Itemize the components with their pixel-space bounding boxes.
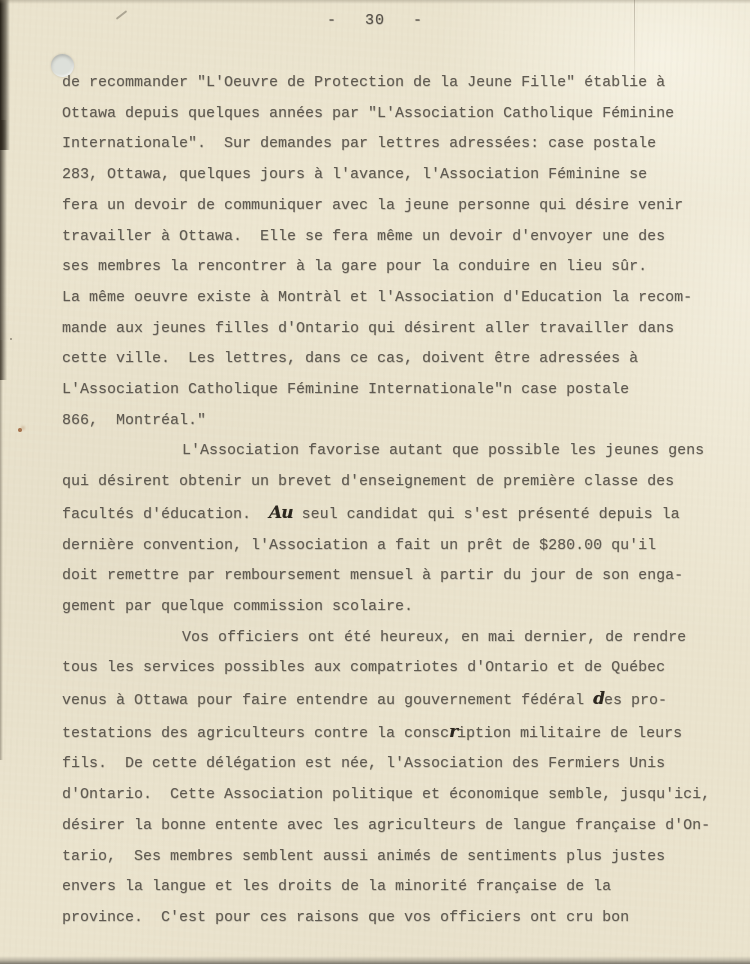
text-line: Internationale". Sur demandes par lettre… xyxy=(62,129,722,160)
handwritten-correction: r xyxy=(449,722,457,742)
typed-text: Internationale". Sur demandes par lettre… xyxy=(62,135,656,152)
typed-text: ses membres la rencontrer à la gare pour… xyxy=(62,258,647,275)
text-line: tous les services possibles aux compatri… xyxy=(62,653,722,684)
handwritten-correction: Au xyxy=(269,503,293,523)
text-line: ses membres la rencontrer à la gare pour… xyxy=(62,252,722,283)
text-line: envers la langue et les droits de la min… xyxy=(62,872,722,903)
text-line: La même oeuvre existe à Montràl et l'Ass… xyxy=(62,283,722,314)
typed-text: Ottawa depuis quelques années par "L'Ass… xyxy=(62,105,674,122)
text-line: tario, Ses membres semblent aussi animés… xyxy=(62,842,722,873)
page-number: - 30 - xyxy=(0,12,750,29)
typed-text-block: de recommander "L'Oeuvre de Protection d… xyxy=(62,68,722,934)
text-line: facultés d'éducation. Au seul candidat q… xyxy=(62,498,722,531)
text-line: dernière convention, l'Association a fai… xyxy=(62,531,722,562)
page-bottom-edge-shadow xyxy=(0,956,750,964)
typed-text: travailler à Ottawa. Elle se fera même u… xyxy=(62,228,665,245)
text-line: doit remettre par remboursement mensuel … xyxy=(62,561,722,592)
typed-text: tous les services possibles aux compatri… xyxy=(62,659,665,676)
typed-text: mande aux jeunes filles d'Ontario qui dé… xyxy=(62,320,674,337)
text-line: venus à Ottawa pour faire entendre au go… xyxy=(62,684,722,717)
text-line: désirer la bonne entente avec les agricu… xyxy=(62,811,722,842)
text-line: qui désirent obtenir un brevet d'enseign… xyxy=(62,467,722,498)
typed-text: es pro- xyxy=(604,692,667,709)
typed-text: Vos officiers ont été heureux, en mai de… xyxy=(182,629,686,646)
typed-text: doit remettre par remboursement mensuel … xyxy=(62,567,683,584)
typed-text: dernière convention, l'Association a fai… xyxy=(62,537,656,554)
text-line: cette ville. Les lettres, dans ce cas, d… xyxy=(62,344,722,375)
typed-text: de recommander "L'Oeuvre de Protection d… xyxy=(62,74,665,91)
text-line: 866, Montréal." xyxy=(62,406,722,437)
text-line: de recommander "L'Oeuvre de Protection d… xyxy=(62,68,722,99)
text-line: fils. De cette délégation est née, l'Ass… xyxy=(62,749,722,780)
text-line: L'Association favorise autant que possib… xyxy=(62,436,722,467)
page-top-edge-shadow xyxy=(0,0,750,4)
typed-text: 283, Ottawa, quelques jours à l'avance, … xyxy=(62,166,647,183)
text-line: d'Ontario. Cette Association politique e… xyxy=(62,780,722,811)
text-line: testations des agriculteurs contre la co… xyxy=(62,717,722,750)
typed-text: L'Association favorise autant que possib… xyxy=(182,442,704,459)
typed-text: La même oeuvre existe à Montràl et l'Ass… xyxy=(62,289,692,306)
typed-text: envers la langue et les droits de la min… xyxy=(62,878,611,895)
typed-text: désirer la bonne entente avec les agricu… xyxy=(62,817,710,834)
text-line: Vos officiers ont été heureux, en mai de… xyxy=(62,623,722,654)
typed-text: L'Association Catholique Féminine Intern… xyxy=(62,381,629,398)
typed-text: gement par quelque commission scolaire. xyxy=(62,598,413,615)
typed-text: fils. De cette délégation est née, l'Ass… xyxy=(62,755,665,772)
text-line: travailler à Ottawa. Elle se fera même u… xyxy=(62,222,722,253)
ink-speck xyxy=(10,338,12,340)
typed-text: testations des agriculteurs contre la co… xyxy=(62,725,449,742)
typed-text: cette ville. Les lettres, dans ce cas, d… xyxy=(62,350,638,367)
typed-text: 866, Montréal." xyxy=(62,412,206,429)
scanned-page: - 30 - de recommander "L'Oeuvre de Prote… xyxy=(0,0,750,964)
typed-text: seul candidat qui s'est présenté depuis … xyxy=(293,506,680,523)
text-line: mande aux jeunes filles d'Ontario qui dé… xyxy=(62,314,722,345)
text-line: Ottawa depuis quelques années par "L'Ass… xyxy=(62,99,722,130)
typed-text: d'Ontario. Cette Association politique e… xyxy=(62,786,710,803)
typed-text: facultés d'éducation. xyxy=(62,506,269,523)
typed-text: qui désirent obtenir un brevet d'enseign… xyxy=(62,473,674,490)
text-line: province. C'est pour ces raisons que vos… xyxy=(62,903,722,934)
rust-speck xyxy=(18,428,22,432)
text-line: 283, Ottawa, quelques jours à l'avance, … xyxy=(62,160,722,191)
handwritten-correction: d xyxy=(593,689,604,709)
text-line: L'Association Catholique Féminine Intern… xyxy=(62,375,722,406)
typed-text: tario, Ses membres semblent aussi animés… xyxy=(62,848,665,865)
text-line: fera un devoir de communiquer avec la je… xyxy=(62,191,722,222)
typed-text: province. C'est pour ces raisons que vos… xyxy=(62,909,629,926)
text-line: gement par quelque commission scolaire. xyxy=(62,592,722,623)
typed-text: venus à Ottawa pour faire entendre au go… xyxy=(62,692,593,709)
typed-text: iption militaire de leurs xyxy=(457,725,682,742)
typed-text: fera un devoir de communiquer avec la je… xyxy=(62,197,683,214)
page-left-edge-shadow xyxy=(0,340,3,760)
